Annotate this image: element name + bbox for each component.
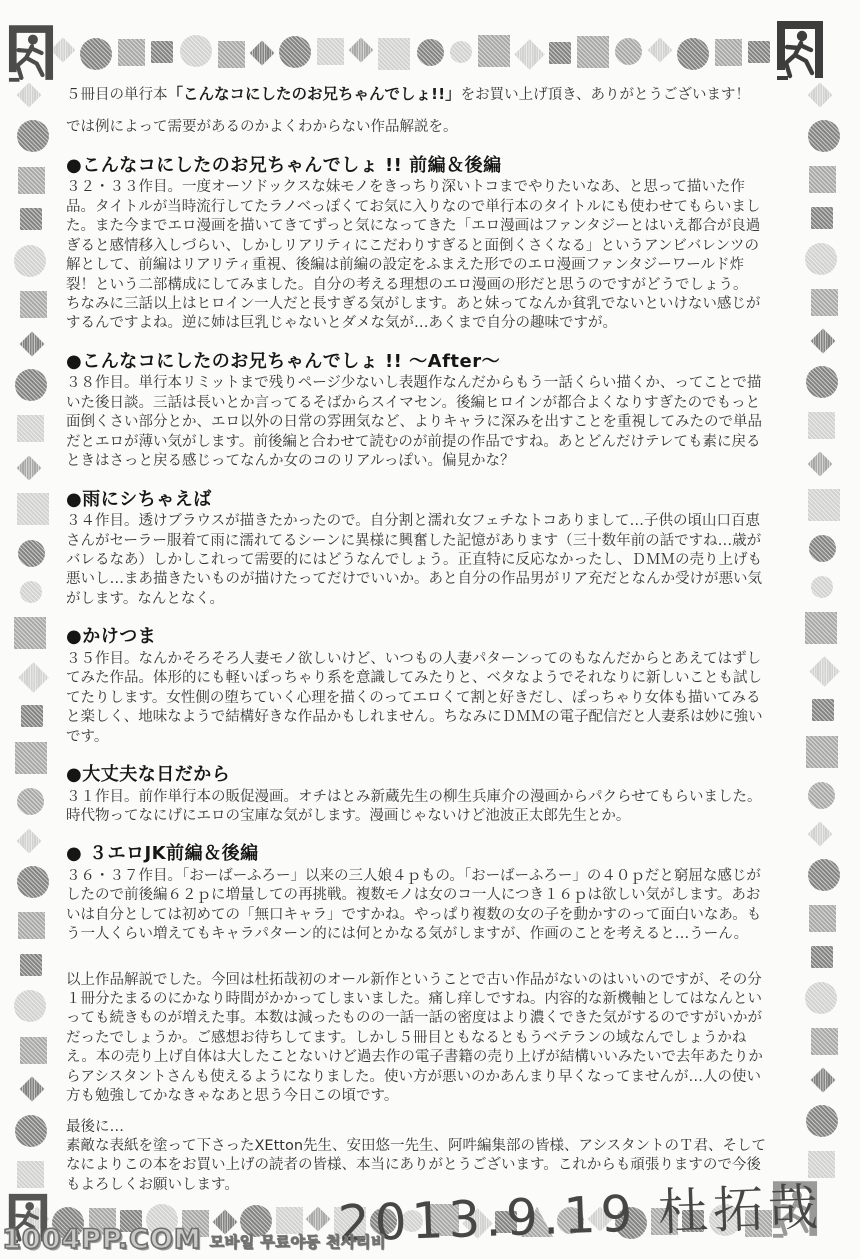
section-body: ３４作目。透けブラウスが描きたかったので。自分割と濡れ女フェチなトコありまして…… xyxy=(66,512,772,609)
section-title: ●雨にシちゃえば xyxy=(66,489,772,511)
section-body: ３６・３７作目。「おーばーふろー」以来の三人娘４ｐもの。「おーばーふろー」の４０… xyxy=(66,867,772,945)
watermark-site: 1004PP.COM xyxy=(2,1226,202,1253)
border-shape xyxy=(317,38,344,65)
intro-line-2: では例によって需要があるのかよくわからない作品解説を。 xyxy=(66,118,772,137)
border-shape xyxy=(808,83,833,108)
border-shape xyxy=(647,38,672,63)
border-shape xyxy=(715,39,742,66)
intro-suffix: をお買い上げ頂き、ありがとうございます！ xyxy=(461,87,750,103)
section-title: ●こんなコにしたのお兄ちゃんでしょ !! ～After～ xyxy=(66,351,772,373)
border-shape xyxy=(615,38,642,65)
border-shape xyxy=(17,493,49,525)
book-title: 「こんなコにしたのお兄ちゃんでしょ!!」 xyxy=(168,85,461,103)
border-shape xyxy=(14,990,46,1022)
section-title: ●大丈夫な日だから xyxy=(66,764,772,786)
border-shape xyxy=(809,166,836,193)
section-daijoubu-na-hi: ●大丈夫な日だから ３１作目。前作単行本の販促漫画。オチはとみ新蔵先生の柳生兵庫… xyxy=(66,764,772,826)
section-body: ３８作目。単行本リミットまで残りページ少ないし表題作なんだからもう一話くらい描く… xyxy=(66,374,772,471)
border-shape xyxy=(17,415,44,442)
closing-paragraph: 以上作品解説でした。今回は杜拓哉初のオール新作ということで古い作品がないのはいい… xyxy=(66,971,772,1107)
border-shape xyxy=(18,912,45,939)
border-shape xyxy=(808,452,833,477)
running-man-exit-icon xyxy=(8,24,54,82)
border-shape xyxy=(118,39,145,66)
border-shape xyxy=(17,120,49,152)
decorative-border-right xyxy=(794,84,850,1178)
border-shape xyxy=(14,617,46,649)
border-shape xyxy=(748,41,770,63)
section-ame-ni-shichaeba: ●雨にシちゃえば ３４作目。透けブラウスが描きたかったので。自分割と濡れ女フェチ… xyxy=(66,489,772,610)
border-shape xyxy=(805,243,837,275)
border-shape xyxy=(808,859,840,891)
border-shape xyxy=(15,369,47,401)
border-shape xyxy=(18,167,45,194)
border-shape xyxy=(20,581,42,603)
border-shape xyxy=(18,662,49,693)
intro-prefix: ５冊目の単行本 xyxy=(66,87,168,103)
border-shape xyxy=(20,1037,47,1064)
border-shape xyxy=(478,35,510,67)
border-shape xyxy=(806,1105,838,1137)
watermark-tagline: 모바일 무료야동 천사티비 xyxy=(210,1233,386,1253)
border-shape xyxy=(808,489,840,521)
border-shape xyxy=(17,83,42,108)
border-shape xyxy=(808,120,840,152)
border-shape xyxy=(20,291,47,318)
border-shape xyxy=(17,788,44,815)
border-shape xyxy=(811,576,833,598)
border-shape xyxy=(17,1161,44,1188)
border-shape xyxy=(809,905,836,932)
decorative-border-top xyxy=(52,28,770,76)
section-body: ３２・３３作目。一度オーソドックスな妹モノをきっちり深いトコまでやりたいなあ、と… xyxy=(66,178,772,333)
border-shape xyxy=(180,35,212,67)
border-shape xyxy=(811,289,838,316)
border-shape xyxy=(18,540,45,567)
border-shape xyxy=(806,736,838,768)
border-shape xyxy=(811,207,833,229)
finale-label: 最後に… xyxy=(66,1118,772,1137)
section-title: ● ３エロJK前編＆後編 xyxy=(66,843,772,865)
running-man-exit-icon xyxy=(776,20,824,80)
border-shape xyxy=(811,1028,838,1055)
border-shape xyxy=(809,535,836,562)
border-shape xyxy=(808,1151,835,1178)
border-shape xyxy=(549,42,571,64)
border-shape xyxy=(808,821,833,846)
section-body: ３１作目。前作単行本の販促漫画。オチはとみ新蔵先生の柳生兵庫介の漫画からパクらせ… xyxy=(66,788,772,827)
afterword-text: ５冊目の単行本「こんなコにしたのお兄ちゃんでしょ!!」をお買い上げ頂き、ありがと… xyxy=(66,84,772,1252)
section-body: ３５作目。なんかそろそろ人妻モノ欲しいけど、いつもの人妻パターンってのもなんだか… xyxy=(66,650,772,747)
intro-line-1: ５冊目の単行本「こんなコにしたのお兄ちゃんでしょ!!」をお買い上げ頂き、ありがと… xyxy=(66,84,772,105)
border-shape xyxy=(805,982,837,1014)
afterword-page: ５冊目の単行本「こんなコにしたのお兄ちゃんでしょ!!」をお買い上げ頂き、ありがと… xyxy=(0,0,860,1259)
section-konnako-after: ●こんなコにしたのお兄ちゃんでしょ !! ～After～ ３８作目。単行本リミッ… xyxy=(66,351,772,472)
border-shape xyxy=(811,329,836,354)
border-shape xyxy=(809,657,840,688)
border-shape xyxy=(450,41,472,63)
watermark: 1004PP.COM 모바일 무료야동 천사티비 xyxy=(2,1226,386,1253)
border-shape xyxy=(218,41,245,68)
section-title: ●かけつま xyxy=(66,626,772,648)
border-shape xyxy=(279,36,311,68)
border-shape xyxy=(20,208,42,230)
border-shape xyxy=(17,866,49,898)
border-shape xyxy=(378,38,410,70)
border-shape xyxy=(21,705,43,727)
border-shape xyxy=(417,39,444,66)
border-shape xyxy=(15,1115,47,1147)
border-shape xyxy=(151,41,173,63)
border-shape xyxy=(15,742,47,774)
border-shape xyxy=(811,946,833,968)
border-shape xyxy=(677,38,709,70)
section-title: ●こんなコにしたのお兄ちゃんでしょ !! 前編＆後編 xyxy=(66,155,772,177)
border-shape xyxy=(20,331,45,356)
section-3ero-jk: ● ３エロJK前編＆後編 ３６・３７作目。「おーばーふろー」以来の三人娘４ｐもの… xyxy=(66,843,772,944)
border-shape xyxy=(806,366,838,398)
border-shape xyxy=(80,38,112,70)
border-shape xyxy=(14,245,46,277)
border-shape xyxy=(577,36,609,68)
border-shape xyxy=(249,41,274,66)
border-shape xyxy=(514,39,545,70)
border-shape xyxy=(349,38,374,63)
border-shape xyxy=(20,954,42,976)
border-shape xyxy=(811,1067,836,1092)
border-shape xyxy=(812,699,834,721)
border-shape xyxy=(808,782,835,809)
border-shape xyxy=(17,455,42,480)
section-konnako-zenpen: ●こんなコにしたのお兄ちゃんでしょ !! 前編＆後編 ３２・３３作目。一度オーソ… xyxy=(66,155,772,334)
border-shape xyxy=(51,38,76,63)
border-shape xyxy=(20,1077,45,1102)
border-shape xyxy=(808,412,835,439)
border-shape xyxy=(805,612,837,644)
border-shape xyxy=(17,828,42,853)
section-kaketsuma: ●かけつま ３５作目。なんかそろそろ人妻モノ欲しいけど、いつもの人妻パターンって… xyxy=(66,626,772,747)
decorative-border-left xyxy=(6,84,56,1188)
handwritten-signature: 2013.9.19 杜拓哉 xyxy=(337,1182,773,1252)
